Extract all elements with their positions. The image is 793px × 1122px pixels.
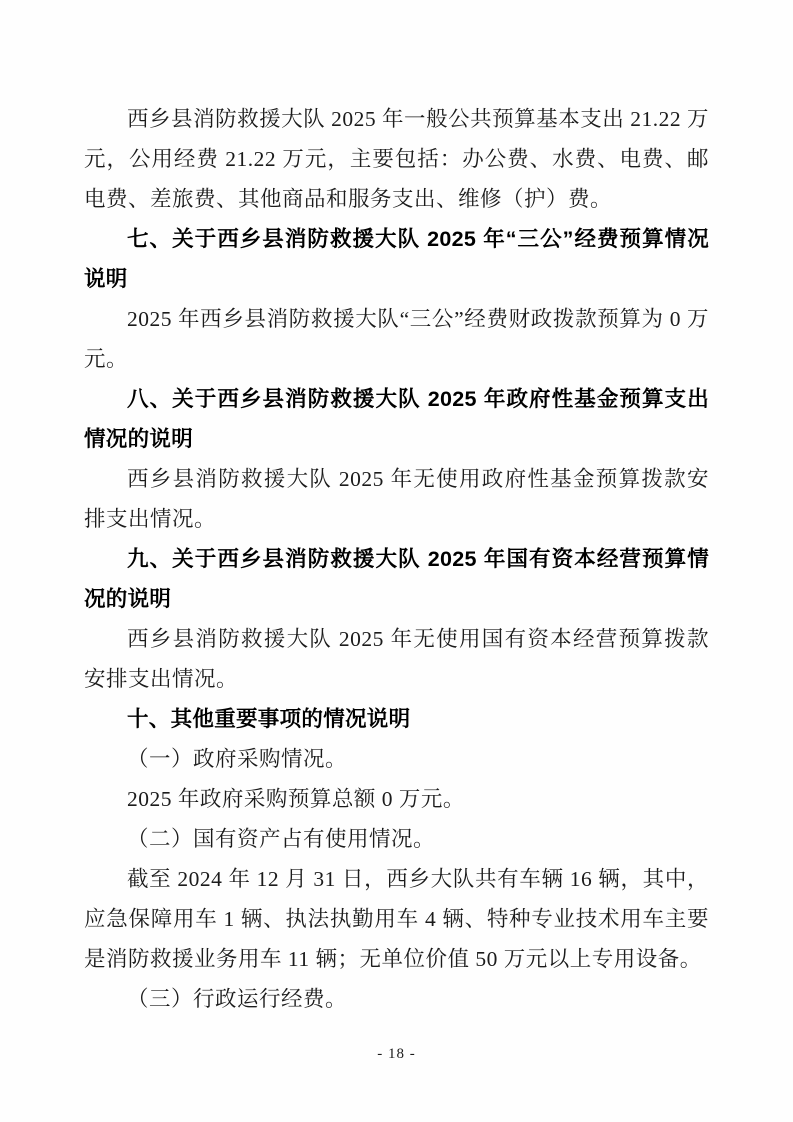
section-heading: 七、关于西乡县消防救援大队 2025 年“三公”经费预算情况说明 (84, 219, 709, 299)
paragraph: 西乡县消防救援大队 2025 年无使用政府性基金预算拨款安排支出情况。 (84, 459, 709, 539)
page-number: - 18 - (0, 1046, 793, 1063)
section-heading: 十、其他重要事项的情况说明 (84, 699, 709, 739)
paragraph: 西乡县消防救援大队 2025 年无使用国有资本经营预算拨款安排支出情况。 (84, 619, 709, 699)
section-heading: 九、关于西乡县消防救援大队 2025 年国有资本经营预算情况的说明 (84, 539, 709, 619)
paragraph: （一）政府采购情况。 (84, 739, 709, 779)
paragraph: 2025 年政府采购预算总额 0 万元。 (84, 779, 709, 819)
paragraph: 西乡县消防救援大队 2025 年一般公共预算基本支出 21.22 万元，公用经费… (84, 99, 709, 219)
paragraph: （二）国有资产占有使用情况。 (84, 819, 709, 859)
paragraph: 2025 年西乡县消防救援大队“三公”经费财政拨款预算为 0 万元。 (84, 299, 709, 379)
paragraph: （三）行政运行经费。 (84, 979, 709, 1019)
document-page: 西乡县消防救援大队 2025 年一般公共预算基本支出 21.22 万元，公用经费… (0, 0, 793, 1122)
paragraph: 截至 2024 年 12 月 31 日，西乡大队共有车辆 16 辆，其中，应急保… (84, 859, 709, 979)
document-content: 西乡县消防救援大队 2025 年一般公共预算基本支出 21.22 万元，公用经费… (84, 99, 709, 1019)
section-heading: 八、关于西乡县消防救援大队 2025 年政府性基金预算支出情况的说明 (84, 379, 709, 459)
